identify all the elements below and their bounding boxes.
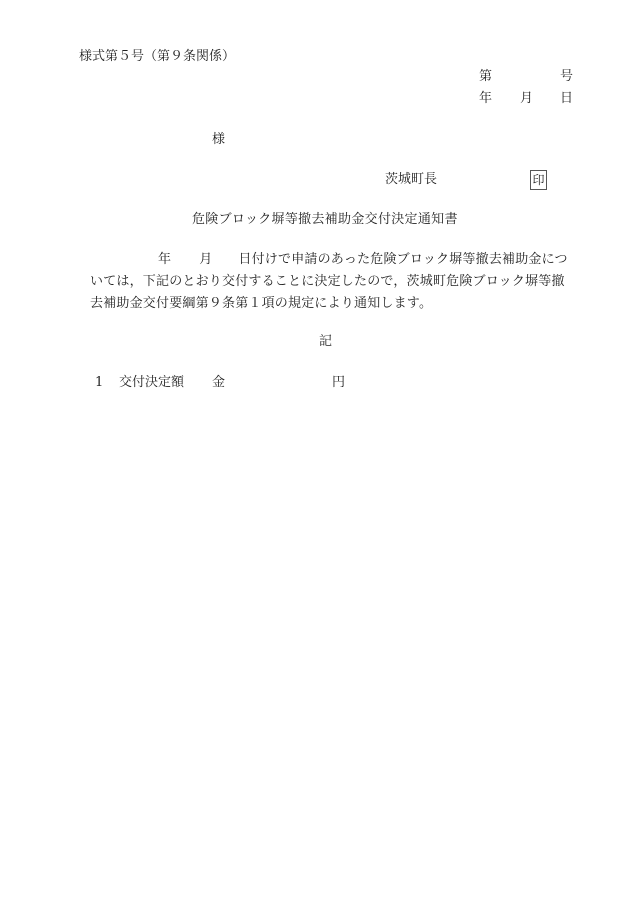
doc-number-prefix: 第 — [479, 68, 492, 86]
body-paragraph: 年月日付けで申請のあった危険ブロック塀等撤去補助金につ いては，下記のとおり交付… — [90, 249, 590, 315]
body-line-1-text: 日付けで申請のあった危険ブロック塀等撤去補助金につ — [238, 252, 567, 267]
date-month-label: 月 — [520, 90, 533, 108]
item-amount-prefix: 金 — [212, 374, 225, 392]
date-year-label: 年 — [479, 90, 492, 108]
addressee-suffix: 様 — [212, 131, 225, 149]
body-month: 月 — [199, 252, 212, 267]
form-number: 様式第５号（第９条関係） — [79, 48, 235, 66]
doc-number-suffix: 号 — [560, 68, 573, 86]
document-title: 危険ブロック塀等撤去補助金交付決定通知書 — [192, 211, 458, 229]
item-amount-unit: 円 — [332, 374, 345, 392]
body-line-1: 年月日付けで申請のあった危険ブロック塀等撤去補助金につ — [90, 249, 590, 271]
body-year: 年 — [158, 252, 171, 267]
item-number: 1 — [95, 374, 103, 392]
seal-stamp: 印 — [530, 170, 547, 190]
item-label: 交付決定額 — [119, 374, 184, 392]
date-day-label: 日 — [560, 90, 573, 108]
ki-heading: 記 — [319, 333, 332, 351]
issuer-title: 茨城町長 — [385, 171, 437, 189]
body-line-3: 去補助金交付要綱第９条第１項の規定により通知します。 — [90, 293, 590, 315]
body-line-2: いては，下記のとおり交付することに決定したので，茨城町危険ブロック塀等撤 — [90, 271, 590, 293]
